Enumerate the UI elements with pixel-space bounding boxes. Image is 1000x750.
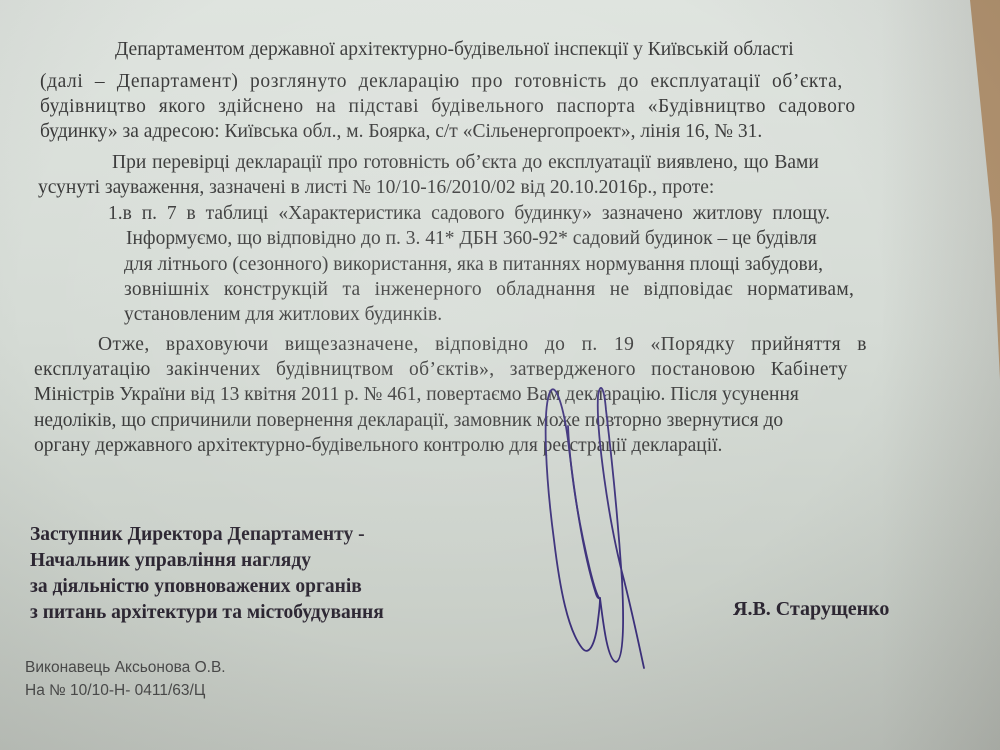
item1-line-3-text: для літнього (сезонного) використання, я… bbox=[124, 254, 823, 275]
item1-line-5: установленим для житлових будинків. bbox=[124, 303, 442, 328]
p1-line-1-text: Департаментом державної архітектурно-буд… bbox=[115, 38, 794, 63]
p1-line-1: Департаментом державної архітектурно-буд… bbox=[115, 38, 968, 63]
p1-line-2-text: (далі – Департамент) розглянуто декларац… bbox=[40, 71, 843, 92]
p3-line-2-text: експлуатацію закінчених будівництвом об’… bbox=[34, 359, 848, 380]
p1-line-4-text: будинку» за адресою: Київська обл., м. Б… bbox=[40, 121, 762, 142]
p3-line-3: Міністрів України від 13 квітня 2011 р. … bbox=[34, 383, 799, 408]
signatory-title: Заступник Директора Департаменту - Начал… bbox=[30, 522, 384, 626]
item1-line-5-text: установленим для житлових будинків. bbox=[124, 304, 442, 325]
item1-line-1: 1.в п. 7 в таблиці «Характеристика садов… bbox=[108, 202, 830, 227]
p2-line-1: При перевірці декларації про готовність … bbox=[112, 151, 819, 176]
p1-line-3-text: будівництво якого здійснено на підставі … bbox=[40, 96, 856, 117]
reference-number: На № 10/10-Н- 0411/63/Ц bbox=[25, 680, 205, 702]
signatory-name: Я.В. Старущенко bbox=[733, 597, 889, 622]
signatory-title-line-1: Заступник Директора Департаменту - bbox=[30, 522, 384, 548]
item1-line-2: Інформуємо, що відповідно до п. 3. 41* Д… bbox=[126, 227, 817, 252]
signatory-title-line-4: з питань архітектури та містобудування bbox=[30, 600, 384, 626]
p1-line-2: (далі – Департамент) розглянуто декларац… bbox=[40, 70, 843, 95]
p3-line-3-text: Міністрів України від 13 квітня 2011 р. … bbox=[34, 384, 799, 405]
item1-line-2-text: Інформуємо, що відповідно до п. 3. 41* Д… bbox=[126, 228, 817, 249]
letter-body: Департаментом державної архітектурно-буд… bbox=[0, 0, 1000, 750]
signatory-title-line-2: Начальник управління нагляду bbox=[30, 548, 384, 574]
p2-line-2: усунуті зауваження, зазначені в листі № … bbox=[38, 176, 714, 201]
signatory-title-line-3: за діяльністю уповноважених органів bbox=[30, 574, 384, 600]
item1-line-4-text: зовнішніх конструкцій та інженерного обл… bbox=[124, 279, 854, 300]
p2-line-1-text: При перевірці декларації про готовність … bbox=[112, 152, 819, 173]
p3-line-2: експлуатацію закінчених будівництвом об’… bbox=[34, 358, 848, 383]
p2-line-2-text: усунуті зауваження, зазначені в листі № … bbox=[38, 177, 714, 198]
item1-line-3: для літнього (сезонного) використання, я… bbox=[124, 253, 823, 278]
p1-line-3: будівництво якого здійснено на підставі … bbox=[40, 95, 856, 120]
handwritten-signature-icon bbox=[520, 370, 680, 680]
item1-line-4: зовнішніх конструкцій та інженерного обл… bbox=[124, 278, 854, 303]
p3-line-1-text: Отже, враховуючи вищезазначене, відповід… bbox=[98, 334, 867, 355]
p1-line-4: будинку» за адресою: Київська обл., м. Б… bbox=[40, 120, 762, 145]
p3-line-1: Отже, враховуючи вищезазначене, відповід… bbox=[98, 333, 867, 358]
item1-line-1-text: 1.в п. 7 в таблиці «Характеристика садов… bbox=[108, 203, 830, 224]
executor-line: Виконавець Аксьонова О.В. bbox=[25, 657, 226, 679]
